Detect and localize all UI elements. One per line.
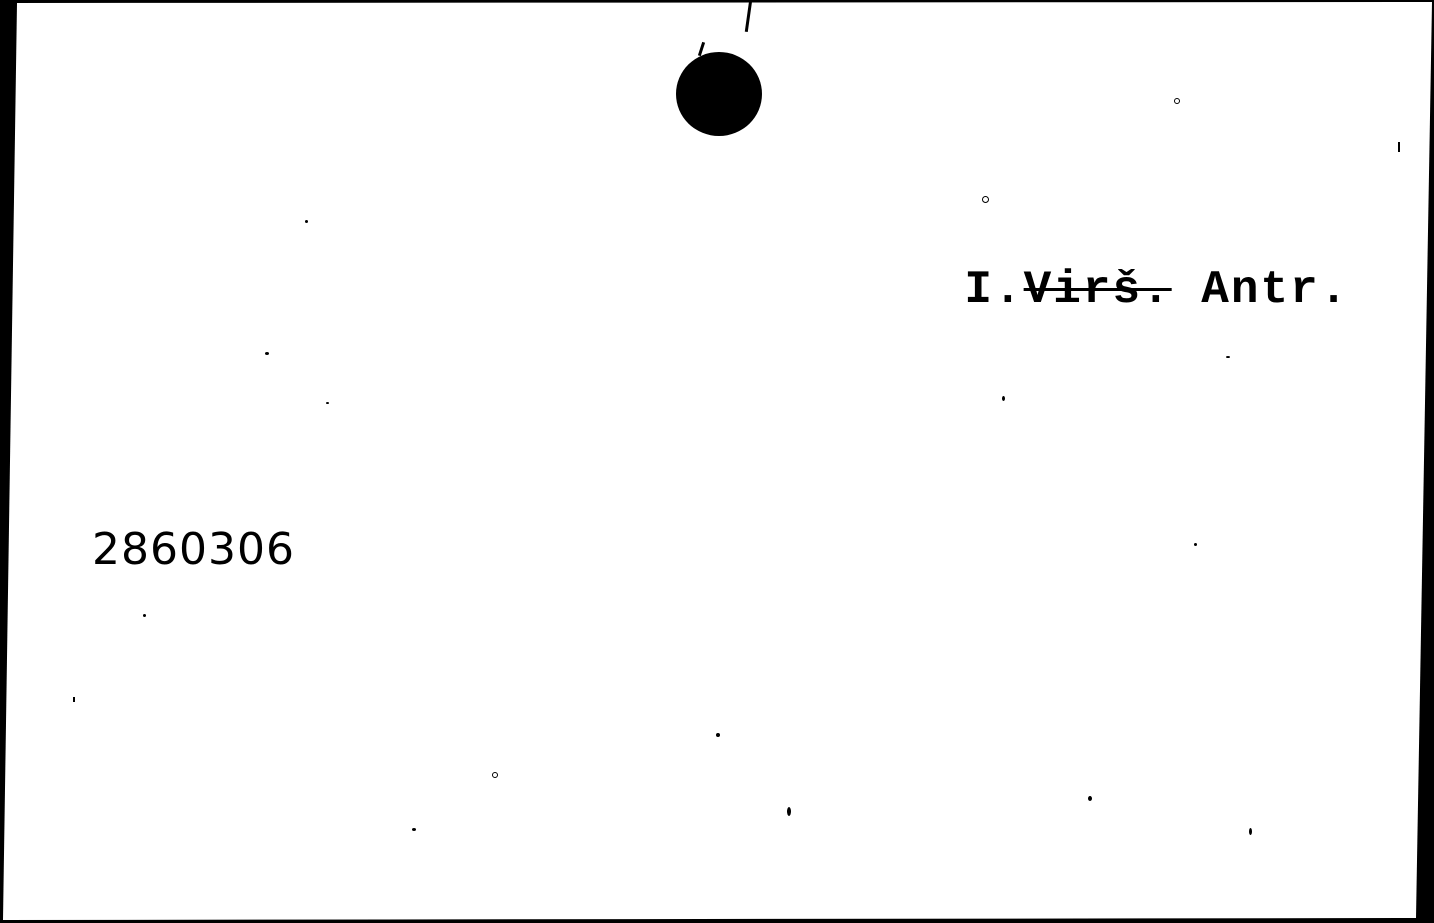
heading-prefix: I.: [964, 264, 1023, 316]
ink-speck: [1002, 396, 1005, 401]
ink-speck: [143, 614, 146, 617]
ink-speck: [412, 828, 416, 831]
ink-speck: [787, 807, 791, 816]
ink-speck: [1249, 828, 1252, 835]
ink-speck: [73, 697, 75, 702]
ink-speck: [1088, 796, 1092, 801]
ink-speck: [716, 733, 720, 737]
ink-speck: [326, 402, 329, 404]
ink-speck: [492, 772, 498, 778]
punch-hole: [676, 52, 762, 136]
reference-number: 2860306: [92, 524, 295, 575]
ink-speck: [1226, 356, 1230, 358]
ink-speck: [1174, 98, 1180, 104]
ink-speck: [982, 196, 989, 203]
ink-speck: [305, 220, 308, 223]
ink-speck: [265, 352, 269, 355]
ink-speck: [1194, 543, 1197, 546]
heading-struck-word: Virš.: [1024, 264, 1172, 316]
heading-suffix: Antr.: [1172, 264, 1350, 316]
card-heading: I.Virš. Antr.: [846, 212, 1349, 368]
scan-mark: [745, 0, 752, 32]
index-card: I.Virš. Antr. 2860306: [0, 0, 1434, 923]
ink-speck: [1398, 142, 1400, 152]
